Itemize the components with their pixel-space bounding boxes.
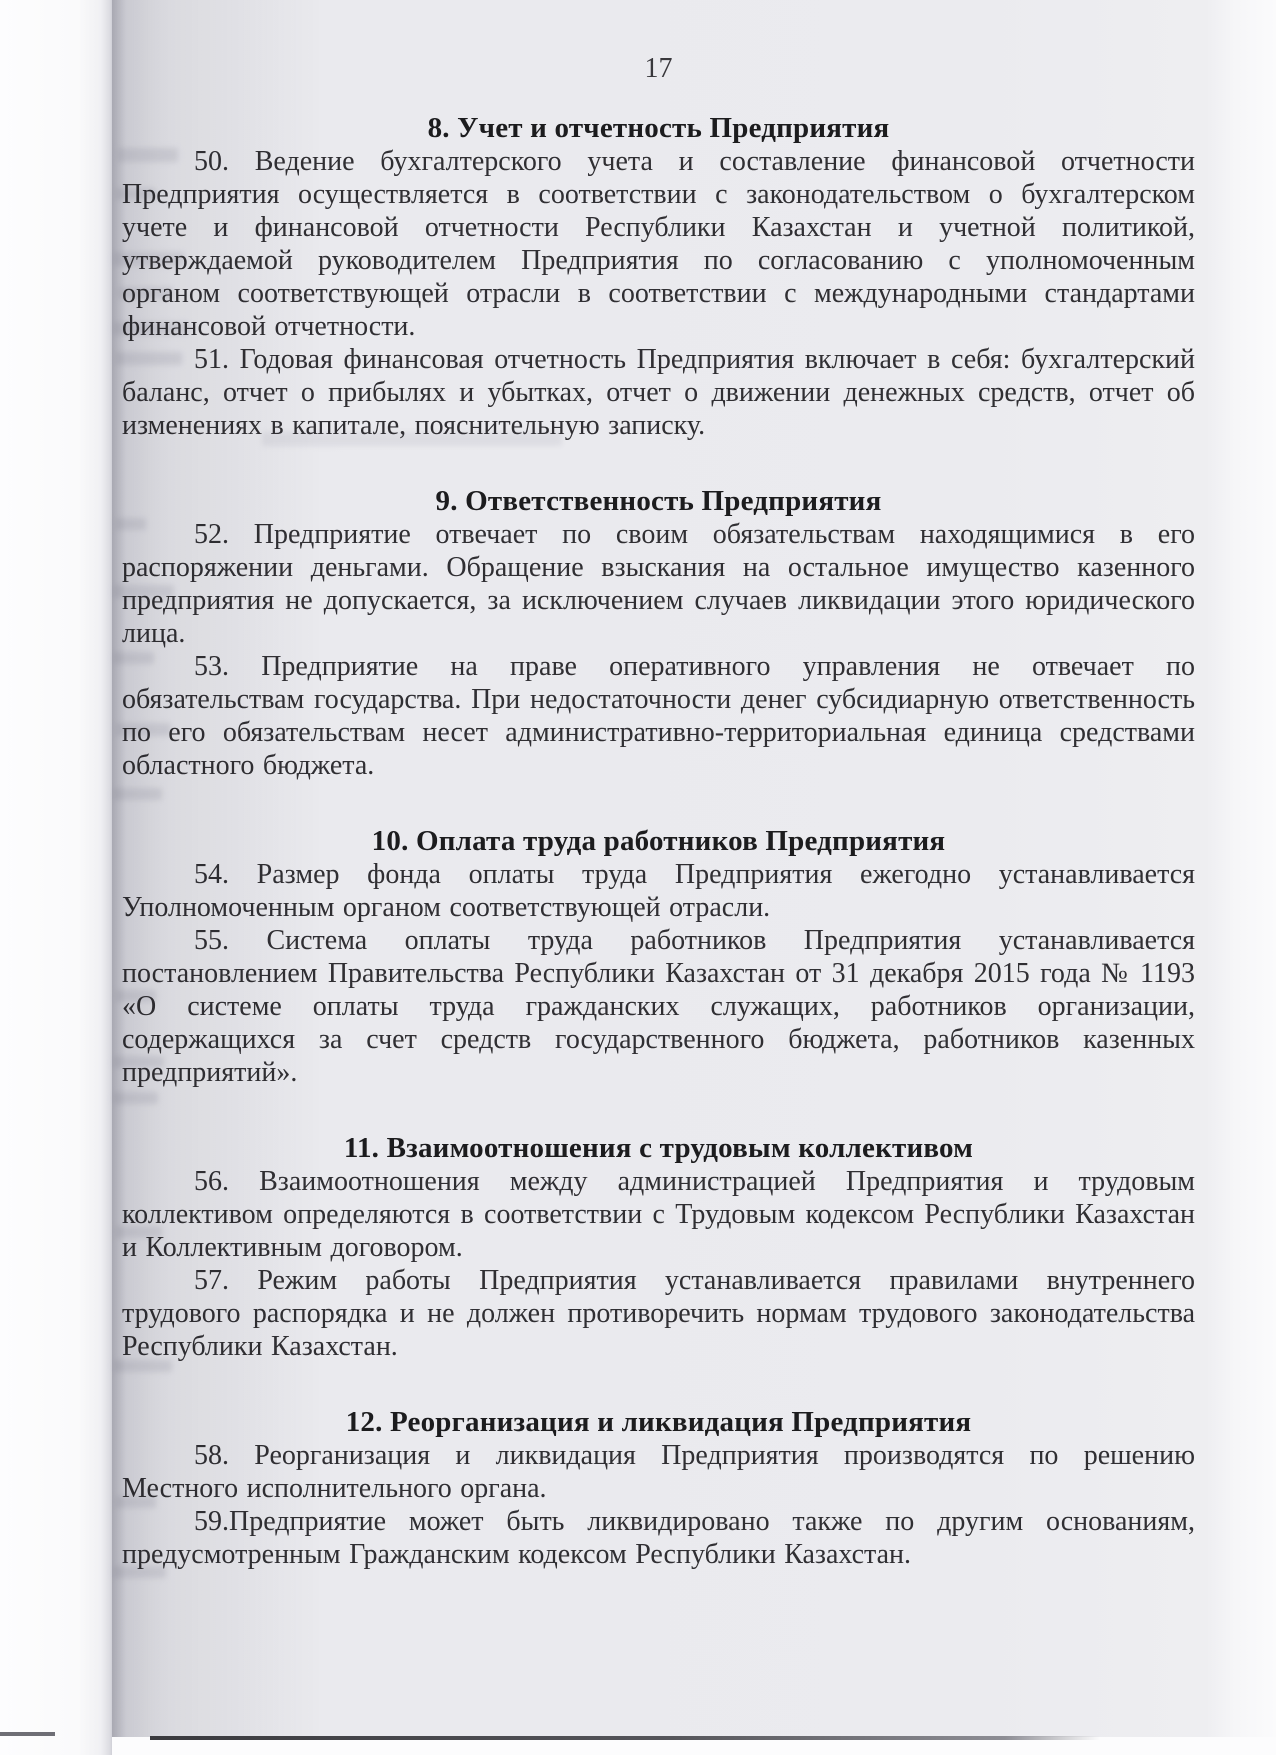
page-content: 17 8. Учет и отчетность Предприятия50. В… — [112, 0, 1276, 1737]
paragraph: 57. Режим работы Предприятия устанавлива… — [122, 1264, 1195, 1363]
paragraph: 51. Годовая финансовая отчетность Предпр… — [122, 343, 1195, 442]
paragraph: 55. Система оплаты труда работников Пред… — [122, 924, 1195, 1089]
paragraph: 58. Реорганизация и ликвидация Предприят… — [122, 1439, 1195, 1505]
section-heading: 8. Учет и отчетность Предприятия — [122, 111, 1195, 145]
paragraph: 56. Взаимоотношения между администрацией… — [122, 1165, 1195, 1264]
paragraph: 54. Размер фонда оплаты труда Предприяти… — [122, 858, 1195, 924]
scanned-document-page: 17 8. Учет и отчетность Предприятия50. В… — [0, 0, 1276, 1755]
section-heading: 10. Оплата труда работников Предприятия — [122, 824, 1195, 858]
paragraph: 52. Предприятие отвечает по своим обязат… — [122, 518, 1195, 650]
scanner-left-margin — [0, 0, 112, 1755]
page-number: 17 — [122, 52, 1195, 85]
paragraph: 53. Предприятие на праве оперативного уп… — [122, 650, 1195, 782]
paragraph: 59.Предприятие может быть ликвидировано … — [122, 1505, 1195, 1571]
document-sections: 8. Учет и отчетность Предприятия50. Веде… — [122, 111, 1195, 1571]
section-heading: 12. Реорганизация и ликвидация Предприят… — [122, 1405, 1195, 1439]
section-heading: 9. Ответственность Предприятия — [122, 484, 1195, 518]
page-bottom-edge — [150, 1736, 1100, 1740]
paragraph: 50. Ведение бухгалтерского учета и соста… — [122, 145, 1195, 343]
document-page: 17 8. Учет и отчетность Предприятия50. В… — [112, 0, 1276, 1737]
section-heading: 11. Взаимоотношения с трудовым коллектив… — [122, 1131, 1195, 1165]
page-bottom-edge-left — [0, 1732, 55, 1736]
